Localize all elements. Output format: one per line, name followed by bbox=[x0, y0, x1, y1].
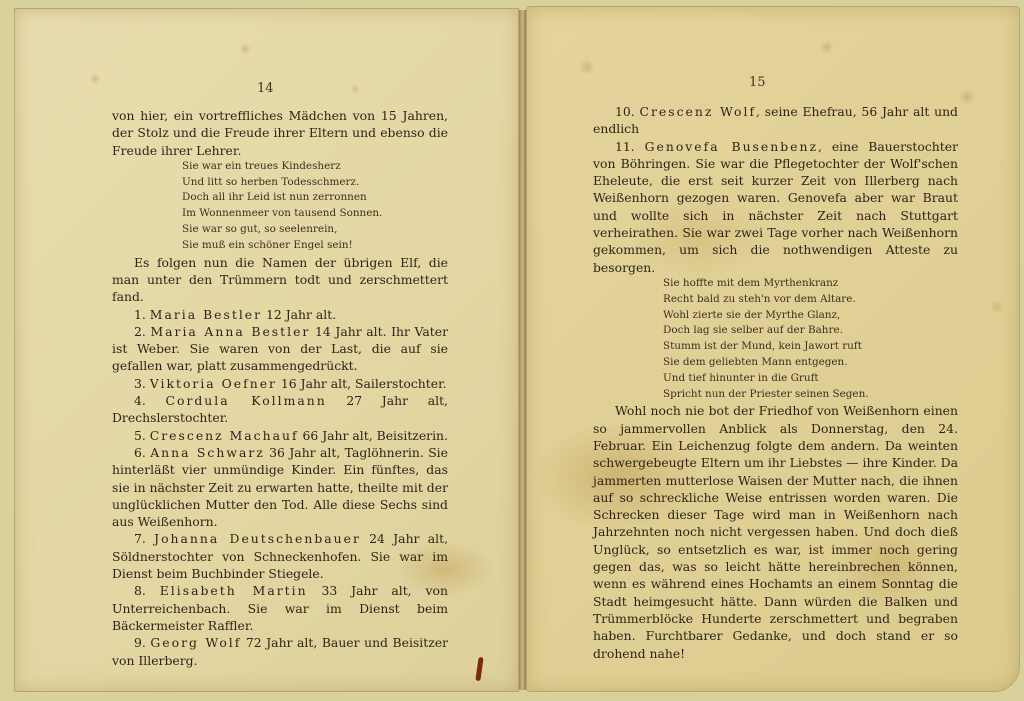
intro-paragraph: Es folgen nun die Namen der übrigen Elf,… bbox=[112, 254, 448, 306]
verse-line: Doch all ihr Leid ist nun zerronnen bbox=[182, 190, 448, 206]
list-item: 8. Elisabeth Martin 33 Jahr alt, von Unt… bbox=[112, 582, 448, 634]
verse-line: Doch lag sie selber auf der Bahre. bbox=[663, 323, 958, 339]
left-page: 14 von hier, ein vortreffliches Mädchen … bbox=[14, 8, 519, 692]
verse-line: Sie war so gut, so seelenrein, bbox=[182, 222, 448, 238]
list-item: 5. Crescenz Machauf 66 Jahr alt, Beisitz… bbox=[112, 427, 448, 444]
list-item: 3. Viktoria Oefner 16 Jahr alt, Sailerst… bbox=[112, 375, 448, 392]
right-page: 15 10. Crescenz Wolf, seine Ehefrau, 56 … bbox=[526, 6, 1020, 692]
verse-line: Sie dem geliebten Mann entgegen. bbox=[663, 355, 958, 371]
list-item: 2. Maria Anna Bestler 14 Jahr alt. Ihr V… bbox=[112, 323, 448, 375]
list-item: 9. Georg Wolf 72 Jahr alt, Bauer und Bei… bbox=[112, 634, 448, 669]
list-item: 10. Crescenz Wolf, seine Ehefrau, 56 Jah… bbox=[593, 103, 958, 138]
verse-line: Spricht nun der Priester seinen Segen. bbox=[663, 387, 958, 403]
verse-line: Recht bald zu steh'n vor dem Altare. bbox=[663, 292, 958, 308]
list-item: 7. Johanna Deutschenbauer 24 Jahr alt, S… bbox=[112, 530, 448, 582]
verse-line: Sie muß ein schöner Engel sein! bbox=[182, 238, 448, 254]
left-page-body: von hier, ein vortreffliches Mädchen von… bbox=[112, 107, 448, 669]
verse-line: Und tief hinunter in die Gruft bbox=[663, 371, 958, 387]
verse-line: Und litt so herben Todesschmerz. bbox=[182, 175, 448, 191]
page-number: 14 bbox=[257, 81, 274, 96]
opening-paragraph: von hier, ein vortreffliches Mädchen von… bbox=[112, 107, 448, 159]
verse-line: Sie war ein treues Kindesherz bbox=[182, 159, 448, 175]
page-number: 15 bbox=[749, 75, 766, 90]
verse-line: Sie hoffte mit dem Myrthenkranz bbox=[663, 276, 958, 292]
list-item: 1. Maria Bestler 12 Jahr alt. bbox=[112, 306, 448, 323]
ink-blot bbox=[475, 657, 483, 681]
list-item: 4. Cordula Kollmann 27 Jahr alt, Drechsl… bbox=[112, 392, 448, 427]
right-page-body: 10. Crescenz Wolf, seine Ehefrau, 56 Jah… bbox=[593, 103, 958, 662]
verse-right: Sie hoffte mit dem Myrthenkranz Recht ba… bbox=[663, 276, 958, 402]
list-item: 6. Anna Schwarz 36 Jahr alt, Taglöhnerin… bbox=[112, 444, 448, 530]
verse-left: Sie war ein treues Kindesherz Und litt s… bbox=[182, 159, 448, 254]
book-spine bbox=[519, 10, 526, 690]
list-item: 11. Genovefa Busenbenz, eine Bauerstocht… bbox=[593, 138, 958, 276]
closing-paragraph: Wohl noch nie bot der Friedhof von Weiße… bbox=[593, 402, 958, 661]
verse-line: Im Wonnenmeer von tausend Sonnen. bbox=[182, 206, 448, 222]
verse-line: Stumm ist der Mund, kein Jawort ruft bbox=[663, 339, 958, 355]
verse-line: Wohl zierte sie der Myrthe Glanz, bbox=[663, 308, 958, 324]
